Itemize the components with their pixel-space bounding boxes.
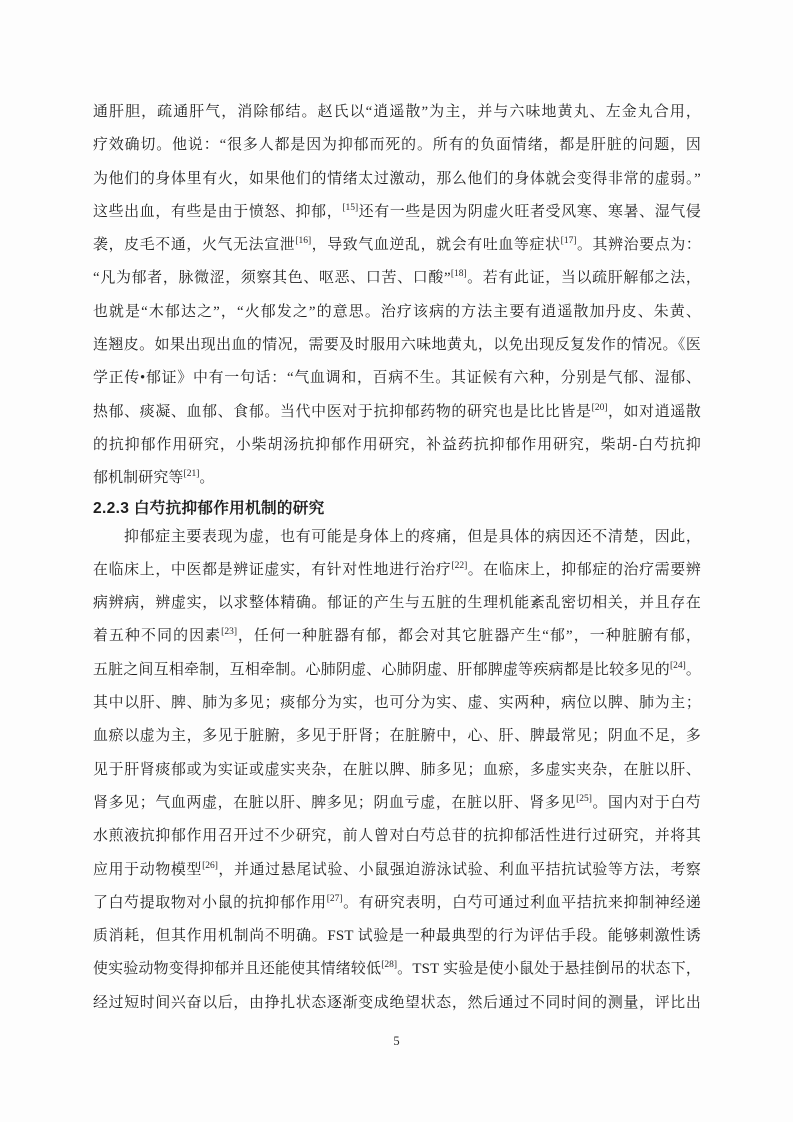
citation-ref: [27] — [327, 894, 343, 904]
text-line: 热郁、痰凝、血郁、食郁。当代中医对于抗抑郁药物的研究也是比比皆是[20]，如对逍… — [93, 396, 701, 429]
text-line: 质消耗，但其作用机制尚不明确。FST 试验是一种最典型的行为评估手段。能够刺激性… — [93, 920, 701, 953]
document-page: 通肝胆，疏通肝气，消除郁结。赵氏以“逍遥散”为主，并与六味地黄丸、左金丸合用， … — [0, 0, 793, 1122]
citation-ref: [22] — [451, 561, 467, 571]
text-line: 了白芍提取物对小鼠的抗抑郁作用[27]。有研究表明，白芍可通过利血平拮抗来抑制神… — [93, 887, 701, 920]
citation-ref: [25] — [576, 794, 592, 804]
text-line: 经过短时间兴奋以后，由挣扎状态逐渐变成绝望状态，然后通过不同时间的测量，评比出 — [93, 987, 701, 1020]
text-line: 在临床上，中医都是辨证虚实，有针对性地进行治疗[22]。在临床上，抑郁症的治疗需… — [93, 554, 701, 587]
paragraph-1: 通肝胆，疏通肝气，消除郁结。赵氏以“逍遥散”为主，并与六味地黄丸、左金丸合用， … — [93, 96, 701, 496]
text-line: 着五种不同的因素[23]，任何一种脏器有郁，都会对其它脏器产生“郁”，一种脏腑有… — [93, 620, 701, 653]
citation-ref: [20] — [592, 403, 608, 413]
citation-ref: [17] — [561, 236, 577, 246]
text-line: 袭，皮毛不通，火气无法宣泄[16]，导致气血逆乱，就会有吐血等症状[17]。其辨… — [93, 229, 701, 262]
citation-ref: [16] — [295, 236, 311, 246]
text-line: “凡为郁者，脉微涩，须察其色、呕恶、口苦、口酸”[18]。若有此证，当以疏肝解郁… — [93, 262, 701, 295]
citation-ref: [26] — [202, 861, 218, 871]
text-line: 水煎液抗抑郁作用召开过不少研究，前人曾对白芍总苷的抗抑郁活性进行过研究，并将其 — [93, 820, 701, 853]
citation-ref: [23] — [221, 627, 237, 637]
text-line: 见于肝肾痰郁或为实证或虚实夹杂，在脏以脾、肺多见；血瘀，多虚实夹杂，在脏以肝、 — [93, 754, 701, 787]
text-line: 连翘皮。如果出现出血的情况，需要及时服用六味地黄丸，以免出现反复发作的情况。《医 — [93, 329, 701, 362]
paragraph-2: 抑郁症主要表现为虚，也有可能是身体上的疼痛，但是具体的病因还不清楚，因此， 在临… — [93, 521, 701, 1020]
citation-ref: [15] — [342, 203, 358, 213]
text-line: 郁机制研究等[21]。 — [93, 462, 701, 495]
page-number: 5 — [0, 1034, 793, 1049]
text-line: 为他们的身体里有火，如果他们的情绪太过激动，那么他们的身体就会变得非常的虚弱。” — [93, 163, 701, 196]
text-line: 使实验动物变得抑郁并且还能使其情绪较低[28]。TST 实验是使小鼠处于悬挂倒吊… — [93, 953, 701, 986]
text-line: 抑郁症主要表现为虚，也有可能是身体上的疼痛，但是具体的病因还不清楚，因此， — [93, 521, 701, 554]
section-heading: 2.2.3 白芍抗抑郁作用机制的研究 — [93, 496, 701, 521]
text-line: 疗效确切。他说：“很多人都是因为抑郁而死的。所有的负面情绪，都是肝脏的问题，因 — [93, 129, 701, 162]
text-line: 其中以肝、脾、肺为多见；痰郁分为实，也可分为实、虚、实两种，病位以脾、肺为主； — [93, 687, 701, 720]
citation-ref: [21] — [184, 469, 200, 479]
citation-ref: [18] — [451, 270, 467, 280]
text-line: 通肝胆，疏通肝气，消除郁结。赵氏以“逍遥散”为主，并与六味地黄丸、左金丸合用， — [93, 96, 701, 129]
citation-ref: [24] — [670, 661, 686, 671]
text-line: 学正传•郁证》中有一句话：“气血调和，百病不生。其证候有六种，分别是气郁、湿郁、 — [93, 362, 701, 395]
text-line: 这些出血，有些是由于愤怒、抑郁，[15]还有一些是因为阴虚火旺者受风寒、寒暑、湿… — [93, 196, 701, 229]
citation-ref: [28] — [381, 960, 397, 970]
text-line: 病辨病，辨虚实，以求整体精确。郁证的产生与五脏的生理机能紊乱密切相关，并且存在 — [93, 587, 701, 620]
text-line: 肾多见；气血两虚，在脏以肝、脾多见；阴血亏虚，在脏以肝、肾多见[25]。国内对于… — [93, 787, 701, 820]
text-line: 也就是“木郁达之”，“火郁发之”的意思。治疗该病的方法主要有逍遥散加丹皮、朱黄、 — [93, 296, 701, 329]
content-area: 通肝胆，疏通肝气，消除郁结。赵氏以“逍遥散”为主，并与六味地黄丸、左金丸合用， … — [93, 96, 701, 1020]
text-line: 的抗抑郁作用研究，小柴胡汤抗抑郁作用研究，补益药抗抑郁作用研究，柴胡-白芍抗抑 — [93, 429, 701, 462]
text-line: 血瘀以虚为主，多见于脏腑，多见于肝肾；在脏腑中，心、肝、脾最常见；阴血不足，多 — [93, 720, 701, 753]
text-line: 应用于动物模型[26]，并通过悬尾试验、小鼠强迫游泳试验、利血平拮抗试验等方法，… — [93, 854, 701, 887]
text-line: 五脏之间互相牵制，互相牵制。心肺阴虚、心肺阴虚、肝郁脾虚等疾病都是比较多见的[2… — [93, 654, 701, 687]
